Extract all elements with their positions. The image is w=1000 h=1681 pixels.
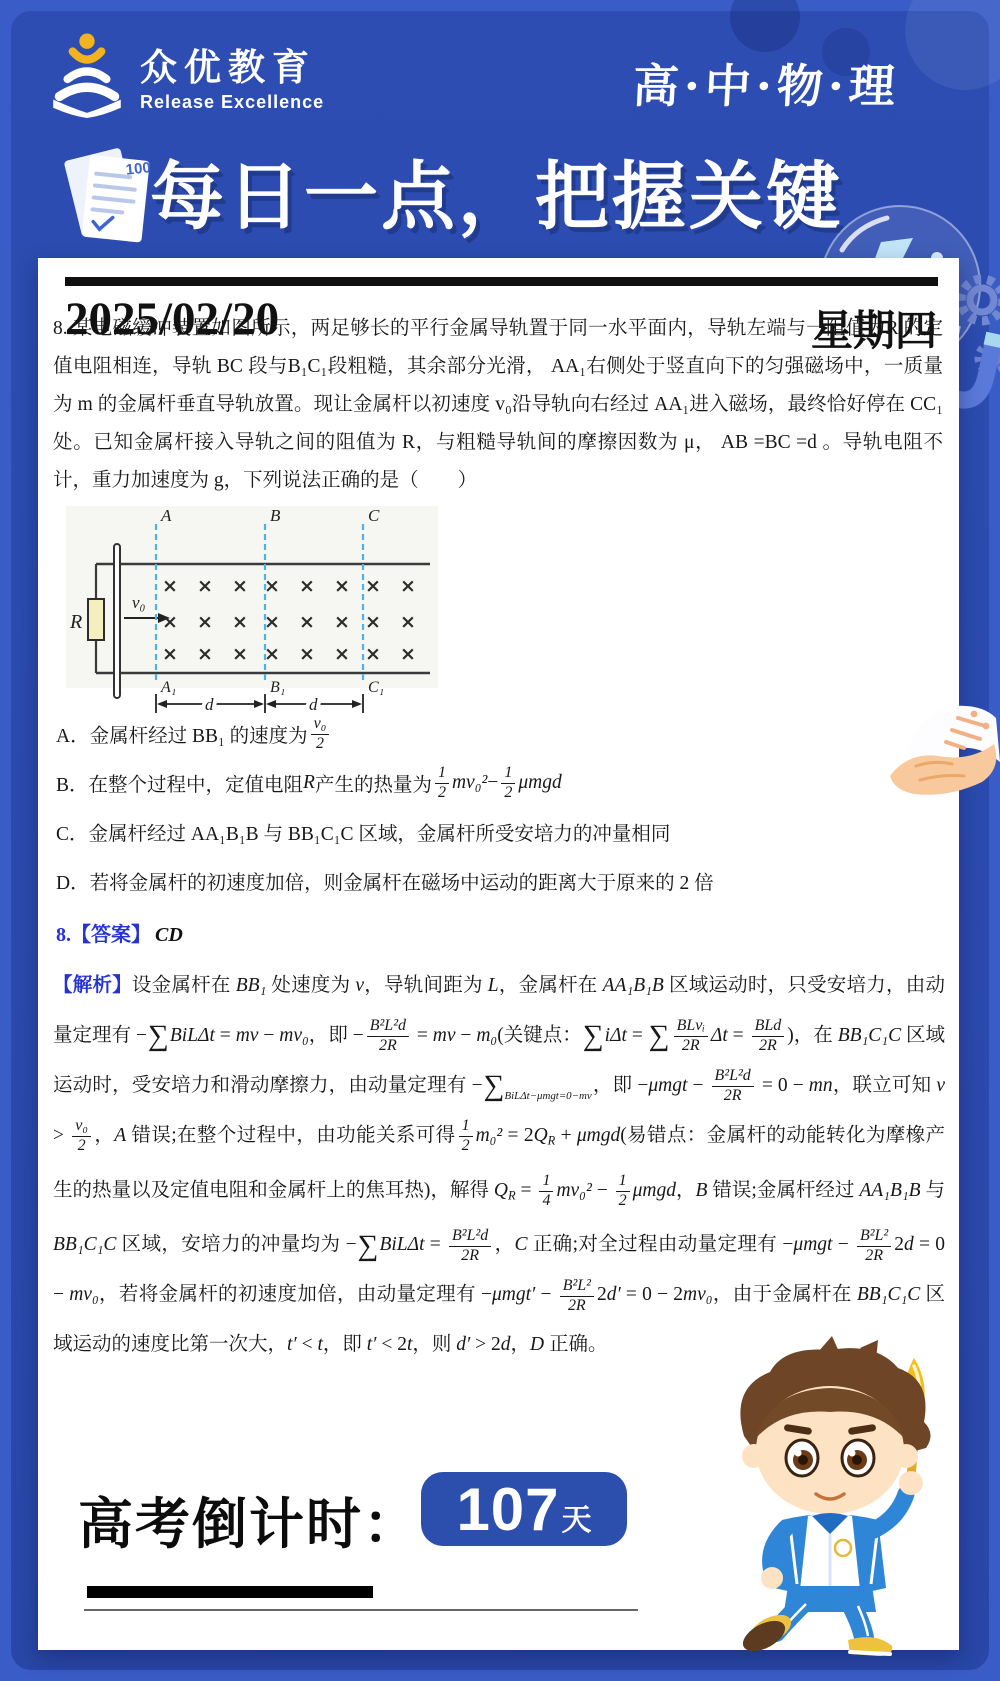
- resistor: [88, 599, 104, 640]
- subject-title: 高·中·物·理: [631, 50, 902, 116]
- poster: 众优教育 Release Excellence 高·中·物·理 100 每日一点…: [0, 0, 1000, 1681]
- field-cross-icon: ×: [365, 611, 381, 633]
- label-B: B: [270, 506, 281, 525]
- page-title: 每日一点，把握关键: [150, 138, 843, 244]
- field-cross-icon: ×: [232, 611, 248, 633]
- countdown-days: 107: [456, 1475, 559, 1544]
- countdown-badge: 107 天: [421, 1472, 627, 1546]
- field-cross-icon: ×: [334, 611, 350, 633]
- option-row: B．在整个过程中，定值电阻 R 产生的热量为12mv₀²−12μmgd: [56, 762, 941, 804]
- label-C1: C₁: [368, 679, 384, 696]
- answer-value: CD: [155, 924, 183, 947]
- analysis-body: 【解析】设金属杆在 BB₁ 处速度为 v，导轨间距为 L，金属杆在 AA₁B₁B…: [53, 961, 945, 1370]
- documents-icon: 100: [58, 132, 162, 248]
- mascot-arm-right: [874, 1494, 906, 1530]
- field-cross-icon: ×: [197, 575, 213, 597]
- option-row: C．金属杆经过 AA₁B₁B 与 BB₁C₁C 区域，金属杆所受安培力的冲量相同: [56, 811, 941, 853]
- dimension-d1: d: [205, 695, 214, 714]
- answer-row: 8. 【答案】 CD: [56, 918, 183, 947]
- field-cross-icon: ×: [264, 611, 280, 633]
- dimension-d2: d: [309, 695, 318, 714]
- mascot-figure: [690, 1336, 968, 1658]
- label-A1: A₁: [160, 679, 176, 696]
- countdown-label: 高考倒计时：: [78, 1480, 420, 1559]
- field-cross-icon: ×: [400, 575, 416, 597]
- field-cross-icon: ×: [299, 611, 315, 633]
- logo-subtitle: Release Excellence: [140, 92, 324, 113]
- field-cross-icon: ×: [264, 643, 280, 665]
- field-cross-icon: ×: [197, 611, 213, 633]
- field-cross-icon: ×: [162, 611, 178, 633]
- field-cross-icon: ×: [400, 643, 416, 665]
- field-cross-icon: ×: [334, 575, 350, 597]
- field-cross-icon: ×: [162, 575, 178, 597]
- logo-book-icon: [48, 32, 126, 118]
- svg-text:100: 100: [125, 159, 152, 179]
- circuit-diagram: R v₀ A B C A₁ B₁ C₁ ××××××××××××××××××××…: [66, 506, 438, 716]
- label-B1: B₁: [270, 679, 285, 696]
- bottom-thin-line: [84, 1609, 638, 1611]
- field-cross-icon: ×: [299, 575, 315, 597]
- velocity-label: v₀: [132, 593, 146, 612]
- resistor-label: R: [69, 611, 82, 633]
- field-cross-icon: ×: [400, 611, 416, 633]
- field-cross-icon: ×: [232, 575, 248, 597]
- field-cross-icon: ×: [162, 643, 178, 665]
- field-cross-icon: ×: [264, 575, 280, 597]
- top-divider-bar: [65, 277, 938, 286]
- mascot-pants: [776, 1586, 876, 1638]
- header-logo: 众优教育 Release Excellence: [48, 32, 324, 118]
- analysis-label: 【解析】: [53, 975, 132, 996]
- answer-label: 【答案】: [71, 918, 151, 947]
- mascot-fist-left: [761, 1567, 783, 1589]
- field-cross-icon: ×: [365, 643, 381, 665]
- option-row: D．若将金属杆的初速度加倍，则金属杆在磁场中运动的距离大于原来的 2 倍: [56, 860, 941, 902]
- label-C: C: [368, 506, 380, 525]
- metal-rod: [114, 544, 120, 698]
- field-cross-icon: ×: [232, 643, 248, 665]
- logo-title: 众优教育: [140, 48, 324, 89]
- bottom-divider-bar: [87, 1586, 373, 1598]
- analysis-content: 设金属杆在 BB₁ 处速度为 v，导轨间距为 L，金属杆在 AA₁B₁B 区域运…: [53, 975, 945, 1355]
- field-cross-icon: ×: [197, 643, 213, 665]
- option-row: A．金属杆经过 BB₁ 的速度为v₀2: [56, 713, 941, 755]
- label-A: A: [160, 506, 172, 525]
- field-cross-icon: ×: [365, 575, 381, 597]
- field-cross-icon: ×: [334, 643, 350, 665]
- hand-paper-icon: [886, 696, 1000, 800]
- answer-number: 8.: [56, 924, 71, 947]
- mascot-fist-right: [899, 1471, 923, 1495]
- field-cross-icon: ×: [299, 643, 315, 665]
- question-text: 8. 某电磁缓冲装置如图所示，两足够长的平行金属导轨置于同一水平面内，导轨左端与…: [53, 310, 943, 500]
- options-list: A．金属杆经过 BB₁ 的速度为v₀2B．在整个过程中，定值电阻 R 产生的热量…: [56, 713, 941, 909]
- countdown-unit: 天: [562, 1495, 592, 1539]
